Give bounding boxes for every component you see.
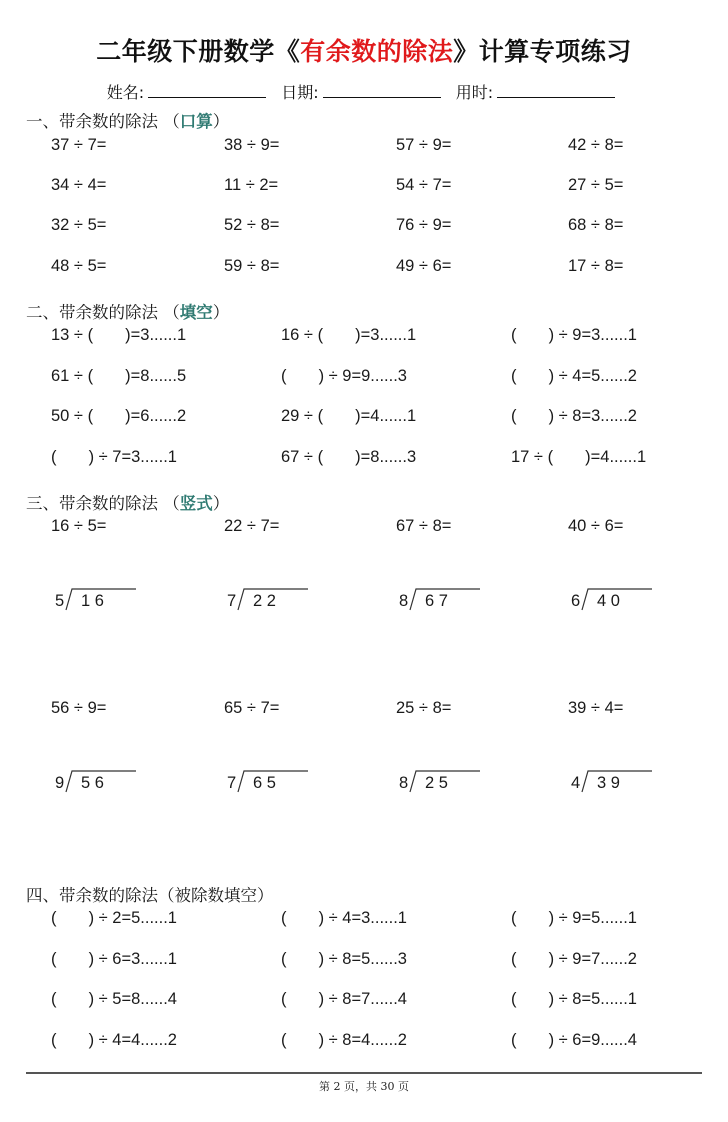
problem: 37 ÷ 7= bbox=[51, 136, 106, 155]
problem: 42 ÷ 8= bbox=[568, 136, 623, 155]
dividend: 6 7 bbox=[425, 592, 448, 611]
time-blank[interactable] bbox=[497, 84, 615, 98]
fill-blank-problem[interactable]: ( ) ÷ 4=3......1 bbox=[281, 909, 407, 928]
problem: 76 ÷ 9= bbox=[396, 216, 451, 235]
fill-blank-problem[interactable]: ( ) ÷ 2=5......1 bbox=[51, 909, 177, 928]
long-division-bracket-icon bbox=[571, 766, 691, 800]
long-division-bracket-icon bbox=[399, 584, 519, 618]
problem: 48 ÷ 5= bbox=[51, 257, 106, 276]
long-division[interactable]: 4 3 9 bbox=[571, 766, 691, 800]
problem: 68 ÷ 8= bbox=[568, 216, 623, 235]
fill-blank-problem[interactable]: ( ) ÷ 8=7......4 bbox=[281, 990, 407, 1009]
problem: 27 ÷ 5= bbox=[568, 176, 623, 195]
page-number: 第 2 页，共 30 页 bbox=[0, 1078, 728, 1094]
problem: 22 ÷ 7= bbox=[224, 517, 279, 536]
long-division-bracket-icon bbox=[399, 766, 519, 800]
fill-blank-problem[interactable]: 17 ÷ ( )=4......1 bbox=[511, 448, 646, 467]
long-division-bracket-icon bbox=[227, 766, 347, 800]
section-3-tag: 竖式 bbox=[180, 494, 213, 513]
worksheet-title: 二年级下册数学《有余数的除法》计算专项练习 bbox=[0, 32, 728, 68]
problem: 32 ÷ 5= bbox=[51, 216, 106, 235]
section-4-heading-text: 四、带余数的除法（被除数填空） bbox=[26, 886, 274, 905]
fill-blank-problem[interactable]: ( ) ÷ 8=3......2 bbox=[511, 407, 637, 426]
time-label: 用时: bbox=[456, 83, 493, 102]
dividend: 6 5 bbox=[253, 774, 276, 793]
section-1-heading-text: 一、带余数的除法 bbox=[26, 112, 158, 131]
fill-blank-problem[interactable]: ( ) ÷ 6=9......4 bbox=[511, 1031, 637, 1050]
problem: 65 ÷ 7= bbox=[224, 699, 279, 718]
fill-blank-problem[interactable]: 50 ÷ ( )=6......2 bbox=[51, 407, 186, 426]
name-blank[interactable] bbox=[148, 84, 266, 98]
fill-blank-problem[interactable]: ( ) ÷ 8=4......2 bbox=[281, 1031, 407, 1050]
problem: 67 ÷ 8= bbox=[396, 517, 451, 536]
name-label: 姓名: bbox=[107, 83, 144, 102]
student-info-row: 姓名: 日期: 用时: bbox=[0, 80, 728, 103]
fill-blank-problem[interactable]: ( ) ÷ 8=5......1 bbox=[511, 990, 637, 1009]
long-division-bracket-icon bbox=[227, 584, 347, 618]
long-division[interactable]: 8 6 7 bbox=[399, 584, 519, 618]
fill-blank-problem[interactable]: ( ) ÷ 5=8......4 bbox=[51, 990, 177, 1009]
problem: 39 ÷ 4= bbox=[568, 699, 623, 718]
fill-blank-problem[interactable]: 13 ÷ ( )=3......1 bbox=[51, 326, 186, 345]
title-prefix: 二年级下册数学《 bbox=[96, 37, 300, 66]
problem: 59 ÷ 8= bbox=[224, 257, 279, 276]
fill-blank-problem[interactable]: ( ) ÷ 7=3......1 bbox=[51, 448, 177, 467]
fill-blank-problem[interactable]: ( ) ÷ 6=3......1 bbox=[51, 950, 177, 969]
long-division[interactable]: 5 1 6 bbox=[55, 584, 175, 618]
fill-blank-problem[interactable]: ( ) ÷ 9=3......1 bbox=[511, 326, 637, 345]
section-1-tag: 口算 bbox=[180, 112, 213, 131]
dividend: 5 6 bbox=[81, 774, 104, 793]
section-2-heading: 二、带余数的除法 （填空） bbox=[26, 299, 229, 323]
problem: 38 ÷ 9= bbox=[224, 136, 279, 155]
fill-blank-problem[interactable]: 29 ÷ ( )=4......1 bbox=[281, 407, 416, 426]
problem: 56 ÷ 9= bbox=[51, 699, 106, 718]
fill-blank-problem[interactable]: 61 ÷ ( )=8......5 bbox=[51, 367, 186, 386]
fill-blank-problem[interactable]: ( ) ÷ 9=9......3 bbox=[281, 367, 407, 386]
problem: 16 ÷ 5= bbox=[51, 517, 106, 536]
problem: 34 ÷ 4= bbox=[51, 176, 106, 195]
problem: 52 ÷ 8= bbox=[224, 216, 279, 235]
fill-blank-problem[interactable]: ( ) ÷ 4=5......2 bbox=[511, 367, 637, 386]
section-3-heading-text: 三、带余数的除法 bbox=[26, 494, 158, 513]
long-division[interactable]: 7 2 2 bbox=[227, 584, 347, 618]
problem: 11 ÷ 2= bbox=[224, 176, 278, 195]
section-3-heading: 三、带余数的除法 （竖式） bbox=[26, 490, 229, 514]
fill-blank-problem[interactable]: ( ) ÷ 4=4......2 bbox=[51, 1031, 177, 1050]
long-division[interactable]: 6 4 0 bbox=[571, 584, 691, 618]
long-division-bracket-icon bbox=[55, 584, 175, 618]
date-label: 日期: bbox=[281, 83, 318, 102]
long-division[interactable]: 9 5 6 bbox=[55, 766, 175, 800]
fill-blank-problem[interactable]: ( ) ÷ 9=5......1 bbox=[511, 909, 637, 928]
section-4-heading: 四、带余数的除法（被除数填空） bbox=[26, 882, 274, 906]
title-suffix: 》计算专项练习 bbox=[453, 37, 632, 66]
long-division[interactable]: 8 2 5 bbox=[399, 766, 519, 800]
title-highlight: 有余数的除法 bbox=[300, 37, 453, 66]
problem: 49 ÷ 6= bbox=[396, 257, 451, 276]
problem: 57 ÷ 9= bbox=[396, 136, 451, 155]
long-division[interactable]: 7 6 5 bbox=[227, 766, 347, 800]
problem: 54 ÷ 7= bbox=[396, 176, 451, 195]
dividend: 1 6 bbox=[81, 592, 104, 611]
problem: 17 ÷ 8= bbox=[568, 257, 623, 276]
fill-blank-problem[interactable]: ( ) ÷ 9=7......2 bbox=[511, 950, 637, 969]
long-division-bracket-icon bbox=[571, 584, 691, 618]
problem: 25 ÷ 8= bbox=[396, 699, 451, 718]
fill-blank-problem[interactable]: ( ) ÷ 8=5......3 bbox=[281, 950, 407, 969]
footer-divider bbox=[26, 1072, 702, 1074]
fill-blank-problem[interactable]: 16 ÷ ( )=3......1 bbox=[281, 326, 416, 345]
section-2-heading-text: 二、带余数的除法 bbox=[26, 303, 158, 322]
date-blank[interactable] bbox=[323, 84, 441, 98]
dividend: 3 9 bbox=[597, 774, 620, 793]
dividend: 4 0 bbox=[597, 592, 620, 611]
dividend: 2 5 bbox=[425, 774, 448, 793]
long-division-bracket-icon bbox=[55, 766, 175, 800]
fill-blank-problem[interactable]: 67 ÷ ( )=8......3 bbox=[281, 448, 416, 467]
problem: 40 ÷ 6= bbox=[568, 517, 623, 536]
dividend: 2 2 bbox=[253, 592, 276, 611]
section-2-tag: 填空 bbox=[180, 303, 213, 322]
section-1-heading: 一、带余数的除法 （口算） bbox=[26, 108, 229, 132]
